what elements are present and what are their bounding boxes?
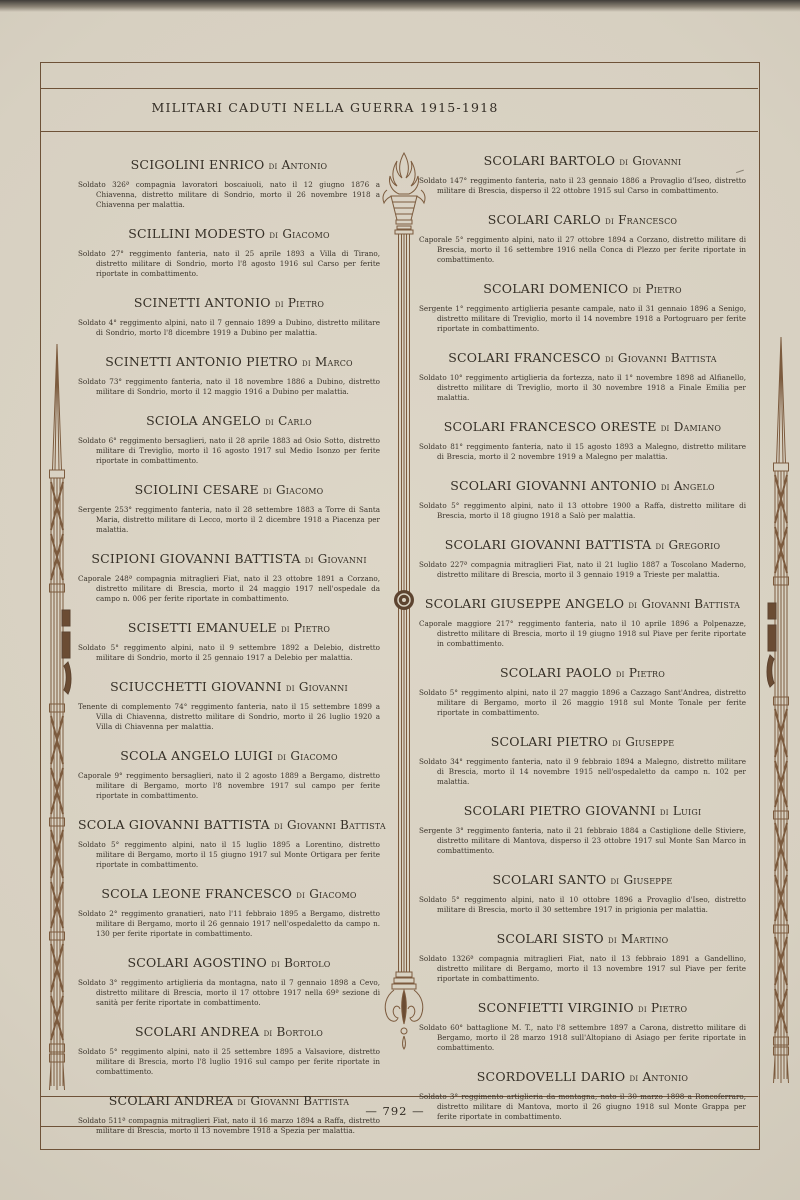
soldier-name: SCOLA GIOVANNI BATTISTA [78,817,270,832]
soldier-record-text: Sergente 3° reggimento fanteria, nato il… [419,826,746,856]
father-name: Martino [621,932,668,946]
soldier-name: SCOLARI SANTO [493,872,607,887]
patronymic-di: di [269,161,278,172]
soldier-name-heading: SCIGOLINI ENRICO di Antonio [78,158,380,174]
father-name: Luigi [673,804,701,818]
soldier-name: SCOLARI AGOSTINO [127,955,267,970]
soldier-entry: SCIUCCHETTI GIOVANNI di Giovanni Tenente… [78,680,380,732]
soldier-entry: SCOLARI GIUSEPPE ANGELO di Giovanni Batt… [419,597,746,649]
soldier-name: SCOLARI BARTOLO [484,153,616,168]
soldier-record-text: Soldato 5° reggimento alpini, nato il 9 … [78,643,380,663]
father-name: Pietro [294,621,330,635]
soldier-name-heading: SCOLARI BARTOLO di Giovanni [419,154,746,170]
soldier-name: SCOLARI SISTO [497,931,604,946]
father-name: Giacomo [282,227,329,241]
soldier-entry: SCOLA LEONE FRANCESCO di Giacomo Soldato… [78,887,380,939]
soldier-entry: SCOLARI FRANCESCO di Giovanni Battista S… [419,351,746,403]
patronymic-di: di [275,299,284,310]
patronymic-di: di [281,624,290,635]
soldier-record-text: Soldato 27° reggimento fanteria, nato il… [78,249,380,279]
father-name: Giovanni [632,154,681,168]
patronymic-di: di [237,1097,246,1108]
soldier-record-text: Caporale 248ª compagnia mitraglieri Fiat… [78,574,380,604]
soldier-entry: SCOLARI ANDREA di Bortolo Soldato 5° reg… [78,1025,380,1077]
soldier-record-text: Soldato 81° reggimento fanteria, nato il… [419,442,746,462]
father-name: Giovanni Battista [641,597,740,611]
patronymic-di: di [277,752,286,763]
soldier-name-heading: SCIPIONI GIOVANNI BATTISTA di Giovanni [78,552,380,568]
soldier-name-heading: SCIUCCHETTI GIOVANNI di Giovanni [78,680,380,696]
father-name: Antonio [282,158,328,172]
soldier-name-heading: SCOLARI GIOVANNI ANTONIO di Angelo [419,479,746,495]
patronymic-di: di [633,285,642,296]
patronymic-di: di [612,738,621,749]
soldier-entry: SCOLARI GIOVANNI BATTISTA di Gregorio So… [419,538,746,580]
soldier-name-heading: SCOLA GIOVANNI BATTISTA di Giovanni Batt… [78,818,380,834]
soldier-record-text: Soldato 10° reggimento artiglieria da fo… [419,373,746,403]
soldier-entry: SCOLARI SISTO di Martino Soldato 1326ª c… [419,932,746,984]
soldier-entry: SCOLARI FRANCESCO ORESTE di Damiano Sold… [419,420,746,462]
patronymic-di: di [619,157,628,168]
soldier-entry: SCOLA ANGELO LUIGI di Giacomo Caporale 9… [78,749,380,801]
patronymic-di: di [269,230,278,241]
soldier-name: SCIOLINI CESARE [135,482,259,497]
patronymic-di: di [616,669,625,680]
soldier-entry: SCIOLINI CESARE di Giacomo Sergente 253°… [78,483,380,535]
soldier-record-text: Soldato 227ª compagnia mitraglieri Fiat,… [419,560,746,580]
soldier-entry: SCOLARI AGOSTINO di Bortolo Soldato 3° r… [78,956,380,1008]
soldier-name-heading: SCILLINI MODESTO di Giacomo [78,227,380,243]
soldier-name-heading: SCINETTI ANTONIO PIETRO di Marco [78,355,380,371]
soldier-entry: SCISETTI EMANUELE di Pietro Soldato 5° r… [78,621,380,663]
patronymic-di: di [265,417,274,428]
soldier-name-heading: SCOLARI PIETRO di Giuseppe [419,735,746,751]
father-name: Carlo [278,414,312,428]
father-name: Francesco [618,213,677,227]
soldier-name: SCOLA LEONE FRANCESCO [101,886,292,901]
soldier-name: SCONFIETTI VIRGINIO [478,1000,634,1015]
patronymic-di: di [638,1004,647,1015]
patronymic-di: di [271,959,280,970]
soldier-entry: SCIOLA ANGELO di Carlo Soldato 6° reggim… [78,414,380,466]
soldier-record-text: Soldato 5° reggimento alpini, nato il 13… [419,501,746,521]
father-name: Giovanni [318,552,367,566]
soldier-record-text: Sergente 1° reggimento artiglieria pesan… [419,304,746,334]
soldier-record-text: Soldato 6° reggimento bersaglieri, nato … [78,436,380,466]
soldier-entry: SCOLARI CARLO di Francesco Caporale 5° r… [419,213,746,265]
soldier-name: SCIUCCHETTI GIOVANNI [110,679,282,694]
father-name: Bortolo [284,956,330,970]
soldier-record-text: Soldato 4° reggimento alpini, nato il 7 … [78,318,380,338]
father-name: Giovanni Battista [287,818,386,832]
soldier-entry: SCINETTI ANTONIO di Pietro Soldato 4° re… [78,296,380,338]
soldier-name: SCIPIONI GIOVANNI BATTISTA [91,551,300,566]
soldier-name: SCOLARI FRANCESCO ORESTE [444,419,657,434]
patronymic-di: di [630,1073,639,1084]
soldier-name-heading: SCOLARI AGOSTINO di Bortolo [78,956,380,972]
soldier-name-heading: SCOLARI ANDREA di Bortolo [78,1025,380,1041]
father-name: Giacomo [309,887,356,901]
soldier-name: SCOLARI DOMENICO [483,281,628,296]
father-name: Giacomo [290,749,337,763]
father-name: Giacomo [276,483,323,497]
soldier-name-heading: SCISETTI EMANUELE di Pietro [78,621,380,637]
soldier-name: SCILLINI MODESTO [128,226,265,241]
soldier-record-text: Caporale maggiore 217° reggimento fanter… [419,619,746,649]
father-name: Antonio [643,1070,689,1084]
page-title: MILITARI CADUTI NELLA GUERRA 1915-1918 [150,100,500,115]
patronymic-di: di [605,354,614,365]
soldier-name-heading: SCOLARI SANTO di Giuseppe [419,873,746,889]
left-column: SCIGOLINI ENRICO di Antonio Soldato 326ª… [78,158,380,1153]
soldier-record-text: Soldato 3° reggimento artiglieria da mon… [78,978,380,1008]
soldier-record-text: Soldato 147° reggimento fanteria, nato i… [419,176,746,196]
soldier-record-text: Soldato 34° reggimento fanteria, nato il… [419,757,746,787]
soldier-entry: SCOLARI PIETRO di Giuseppe Soldato 34° r… [419,735,746,787]
soldier-name: SCOLARI FRANCESCO [448,350,601,365]
father-name: Gregorio [669,538,721,552]
father-name: Giovanni [299,680,348,694]
patronymic-di: di [656,541,665,552]
soldier-entry: SCOLARI DOMENICO di Pietro Sergente 1° r… [419,282,746,334]
soldier-entry: SCOLARI PAOLO di Pietro Soldato 5° reggi… [419,666,746,718]
soldier-name-heading: SCOLARI CARLO di Francesco [419,213,746,229]
soldier-record-text: Soldato 326ª compagnia lavoratori boscai… [78,180,380,210]
patronymic-di: di [302,358,311,369]
page-number: — 792 — [300,1104,490,1118]
father-name: Pietro [288,296,324,310]
soldier-name: SCOLARI GIUSEPPE ANGELO [425,596,624,611]
patronymic-di: di [605,216,614,227]
soldier-record-text: Soldato 1326ª compagnia mitraglieri Fiat… [419,954,746,984]
father-name: Pietro [651,1001,687,1015]
father-name: Pietro [646,282,682,296]
soldier-record-text: Soldato 2° reggimento granatieri, nato l… [78,909,380,939]
patronymic-di: di [263,486,272,497]
soldier-entry: SCIGOLINI ENRICO di Antonio Soldato 326ª… [78,158,380,210]
father-name: Angelo [674,479,715,493]
soldier-record-text: Soldato 511ª compagnia mitraglieri Fiat,… [78,1116,380,1136]
soldier-name: SCISETTI EMANUELE [128,620,277,635]
soldier-name: SCIOLA ANGELO [146,413,261,428]
soldier-name-heading: SCIOLA ANGELO di Carlo [78,414,380,430]
fasces-ornament-left-icon [42,342,72,1094]
right-column: SCOLARI BARTOLO di Giovanni Soldato 147°… [419,154,746,1139]
title-rule-bottom [41,131,758,132]
soldier-name-heading: SCIOLINI CESARE di Giacomo [78,483,380,499]
father-name: Giuseppe [625,735,674,749]
soldier-name: SCORDOVELLI DARIO [477,1069,626,1084]
soldier-name: SCOLARI PAOLO [500,665,612,680]
soldier-name-heading: SCOLA LEONE FRANCESCO di Giacomo [78,887,380,903]
soldier-name: SCIGOLINI ENRICO [131,157,265,172]
soldier-name-heading: SCOLARI GIOVANNI BATTISTA di Gregorio [419,538,746,554]
soldier-entry: SCOLARI SANTO di Giuseppe Soldato 5° reg… [419,873,746,915]
patronymic-di: di [661,423,670,434]
soldier-record-text: Soldato 73° reggimento fanteria, nato il… [78,377,380,397]
soldier-name-heading: SCOLARI PAOLO di Pietro [419,666,746,682]
soldier-entry: SCOLARI PIETRO GIOVANNI di Luigi Sergent… [419,804,746,856]
soldier-record-text: Caporale 9° reggimento bersaglieri, nato… [78,771,380,801]
soldier-name: SCOLARI PIETRO [491,734,608,749]
soldier-entry: SCOLARI GIOVANNI ANTONIO di Angelo Solda… [419,479,746,521]
soldier-entry: SCINETTI ANTONIO PIETRO di Marco Soldato… [78,355,380,397]
page-top-shadow [0,0,800,12]
soldier-name-heading: SCINETTI ANTONIO di Pietro [78,296,380,312]
soldier-name: SCOLA ANGELO LUIGI [120,748,273,763]
patronymic-di: di [296,890,305,901]
soldier-name-heading: SCOLA ANGELO LUIGI di Giacomo [78,749,380,765]
soldier-name: SCOLARI CARLO [488,212,601,227]
patronymic-di: di [305,555,314,566]
patronymic-di: di [660,807,669,818]
soldier-name: SCINETTI ANTONIO PIETRO [105,354,298,369]
soldier-name-heading: SCOLARI GIUSEPPE ANGELO di Giovanni Batt… [419,597,746,613]
soldier-name-heading: SCOLARI FRANCESCO di Giovanni Battista [419,351,746,367]
patronymic-di: di [610,876,619,887]
soldier-name: SCOLARI GIOVANNI BATTISTA [445,537,652,552]
patronymic-di: di [274,821,283,832]
title-rule-top [41,88,758,89]
soldier-record-text: Soldato 5° reggimento alpini, nato il 25… [78,1047,380,1077]
fasces-ornament-right-icon [766,335,796,1087]
soldier-record-text: Soldato 5° reggimento alpini, nato il 10… [419,895,746,915]
father-name: Giovanni Battista [618,351,717,365]
father-name: Damiano [674,420,722,434]
soldier-name-heading: SCORDOVELLI DARIO di Antonio [419,1070,746,1086]
soldier-name: SCINETTI ANTONIO [134,295,271,310]
soldier-name: SCOLARI ANDREA [109,1093,233,1108]
soldier-entry: SCILLINI MODESTO di Giacomo Soldato 27° … [78,227,380,279]
patronymic-di: di [661,482,670,493]
book-page: MILITARI CADUTI NELLA GUERRA 1915-1918 [0,0,800,1200]
patronymic-di: di [264,1028,273,1039]
soldier-name: SCOLARI GIOVANNI ANTONIO [450,478,656,493]
soldier-entry: SCIPIONI GIOVANNI BATTISTA di Giovanni C… [78,552,380,604]
soldier-name: SCOLARI ANDREA [135,1024,259,1039]
soldier-name-heading: SCONFIETTI VIRGINIO di Pietro [419,1001,746,1017]
soldier-record-text: Sergente 253° reggimento fanteria, nato … [78,505,380,535]
soldier-entry: SCOLARI BARTOLO di Giovanni Soldato 147°… [419,154,746,196]
patronymic-di: di [628,600,637,611]
soldier-name-heading: SCOLARI DOMENICO di Pietro [419,282,746,298]
soldier-record-text: Soldato 5° reggimento alpini, nato il 27… [419,688,746,718]
patronymic-di: di [286,683,295,694]
soldier-record-text: Soldato 5° reggimento alpini, nato il 15… [78,840,380,870]
father-name: Giuseppe [623,873,672,887]
soldier-entry: SCONFIETTI VIRGINIO di Pietro Soldato 60… [419,1001,746,1053]
soldier-name: SCOLARI PIETRO GIOVANNI [464,803,656,818]
soldier-entry: SCOLA GIOVANNI BATTISTA di Giovanni Batt… [78,818,380,870]
soldier-name-heading: SCOLARI SISTO di Martino [419,932,746,948]
soldier-name-heading: SCOLARI FRANCESCO ORESTE di Damiano [419,420,746,436]
father-name: Bortolo [277,1025,323,1039]
father-name: Marco [315,355,353,369]
patronymic-di: di [608,935,617,946]
soldier-record-text: Caporale 5° reggimento alpini, nato il 2… [419,235,746,265]
soldier-record-text: Tenente di complemento 74° reggimento fa… [78,702,380,732]
soldier-name-heading: SCOLARI PIETRO GIOVANNI di Luigi [419,804,746,820]
soldier-record-text: Soldato 60° battaglione M. T., nato l'8 … [419,1023,746,1053]
father-name: Pietro [629,666,665,680]
